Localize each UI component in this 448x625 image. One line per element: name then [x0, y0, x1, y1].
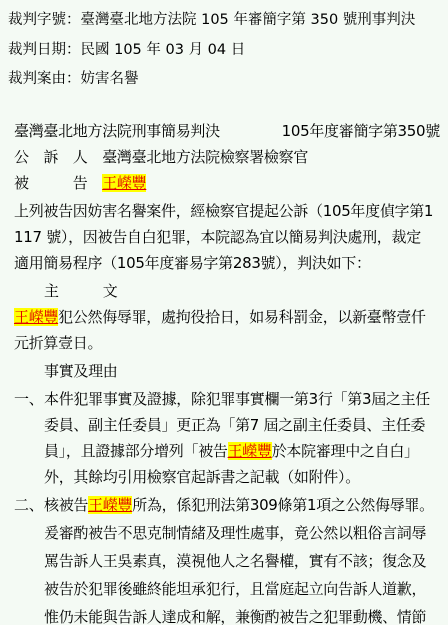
intro-line-3: 適用簡易程序（105年度審易字第283號），判決如下： [14, 250, 371, 276]
item-1-line-1: 本件犯罪事實及證據，除犯罪事實欄一第3行「第3屆之主任 [44, 386, 430, 412]
case-number-value: 臺灣臺北地方法院 105 年審簡字第 350 號刑事判決 [81, 12, 416, 28]
item-1-line-4: 外，其餘均引用檢察官起訴書之記載（如附件）。 [44, 464, 360, 490]
sentence-text: 犯公然侮辱罪，處拘役拾日，如易科罰金，以新臺幣壹仟 [58, 308, 426, 326]
item-2-line-2: 爰審酌被告不思克制情緒及理性處事，竟公然以粗俗言詞辱 [44, 520, 426, 546]
main-text-line-1: 王嶸豐犯公然侮辱罪，處拘役拾日，如易科罰金，以新臺幣壹仟 [14, 304, 426, 330]
defendant-name-highlight[interactable]: 王嶸豐 [14, 308, 58, 326]
item-1-line-3-prefix: 員」，且證據部分增列「被告 [44, 442, 228, 460]
main-text-line-2: 元折算壹日。 [14, 330, 102, 356]
judgment-date-label: 裁判日期： [8, 42, 81, 58]
judgment-date-row: 裁判日期：民國 105 年 03 月 04 日 [8, 40, 245, 60]
case-cause-label: 裁判案由： [8, 71, 81, 87]
item-2-line-3: 罵告訴人王吳素真，漠視他人之名譽權，實有不該；復念及 [44, 548, 426, 574]
item-1-line-3-suffix: 於本院審理中之自白」 [272, 442, 419, 460]
item-2-line-1: 核被告王嶸豐所為，係犯刑法第309條第1項之公然侮辱罪。 [44, 492, 434, 518]
item-1-line-3: 員」，且證據部分增列「被告王嶸豐於本院審理中之自白」 [44, 438, 419, 464]
prosecutor-value: 臺灣臺北地方法院檢察署檢察官 [102, 148, 308, 166]
item-1-marker: 一、 [14, 386, 43, 412]
case-number-label: 裁判字號： [8, 12, 81, 28]
judgment-date-value: 民國 105 年 03 月 04 日 [81, 42, 246, 58]
case-cause-row: 裁判案由：妨害名譽 [8, 69, 139, 89]
item-2-marker: 二、 [14, 492, 43, 518]
defendant-name-highlight[interactable]: 王嶸豐 [228, 442, 272, 460]
item-2-line-1-prefix: 核被告 [44, 496, 88, 514]
facts-reasons-heading: 事實及理由 [44, 358, 118, 384]
item-2-line-1-suffix: 所為，係犯刑法第309條第1項之公然侮辱罪。 [132, 496, 434, 514]
court-title: 臺灣臺北地方法院刑事簡易判決 [14, 122, 220, 140]
defendant-row: 被 告 王嶸豐 [14, 170, 146, 196]
court-title-row: 臺灣臺北地方法院刑事簡易判決 105年度審簡字第350號 [14, 118, 444, 144]
defendant-name-highlight[interactable]: 王嶸豐 [88, 496, 132, 514]
prosecutor-label: 公 訴 人 [14, 148, 88, 166]
item-2-line-5: 惟仍未能與告訴人達成和解，兼衡酌被告之犯罪動機、情節 [44, 604, 426, 625]
intro-line-2: 117 號），因被告自白犯罪，本院認為宜以簡易判決處刑，裁定 [14, 224, 421, 250]
case-cause-value: 妨害名譽 [81, 71, 139, 87]
case-reference: 105年度審簡字第350號 [282, 118, 440, 144]
item-1-line-2: 委員、副主任委員」更正為「第7 屆之副主任委員、主任委 [44, 412, 425, 438]
intro-line-1: 上列被告因妨害名譽案件，經檢察官提起公訴（105年度偵字第1 [14, 198, 433, 224]
case-number-row: 裁判字號：臺灣臺北地方法院 105 年審簡字第 350 號刑事判決 [8, 10, 415, 30]
defendant-name-highlight[interactable]: 王嶸豐 [102, 174, 146, 192]
defendant-label: 被 告 [14, 174, 88, 192]
item-2-line-4: 被告於犯罪後雖終能坦承犯行，且當庭起立向告訴人道歉， [44, 576, 426, 602]
prosecutor-row: 公 訴 人 臺灣臺北地方法院檢察署檢察官 [14, 144, 308, 170]
main-text-heading: 主 文 [44, 278, 118, 304]
